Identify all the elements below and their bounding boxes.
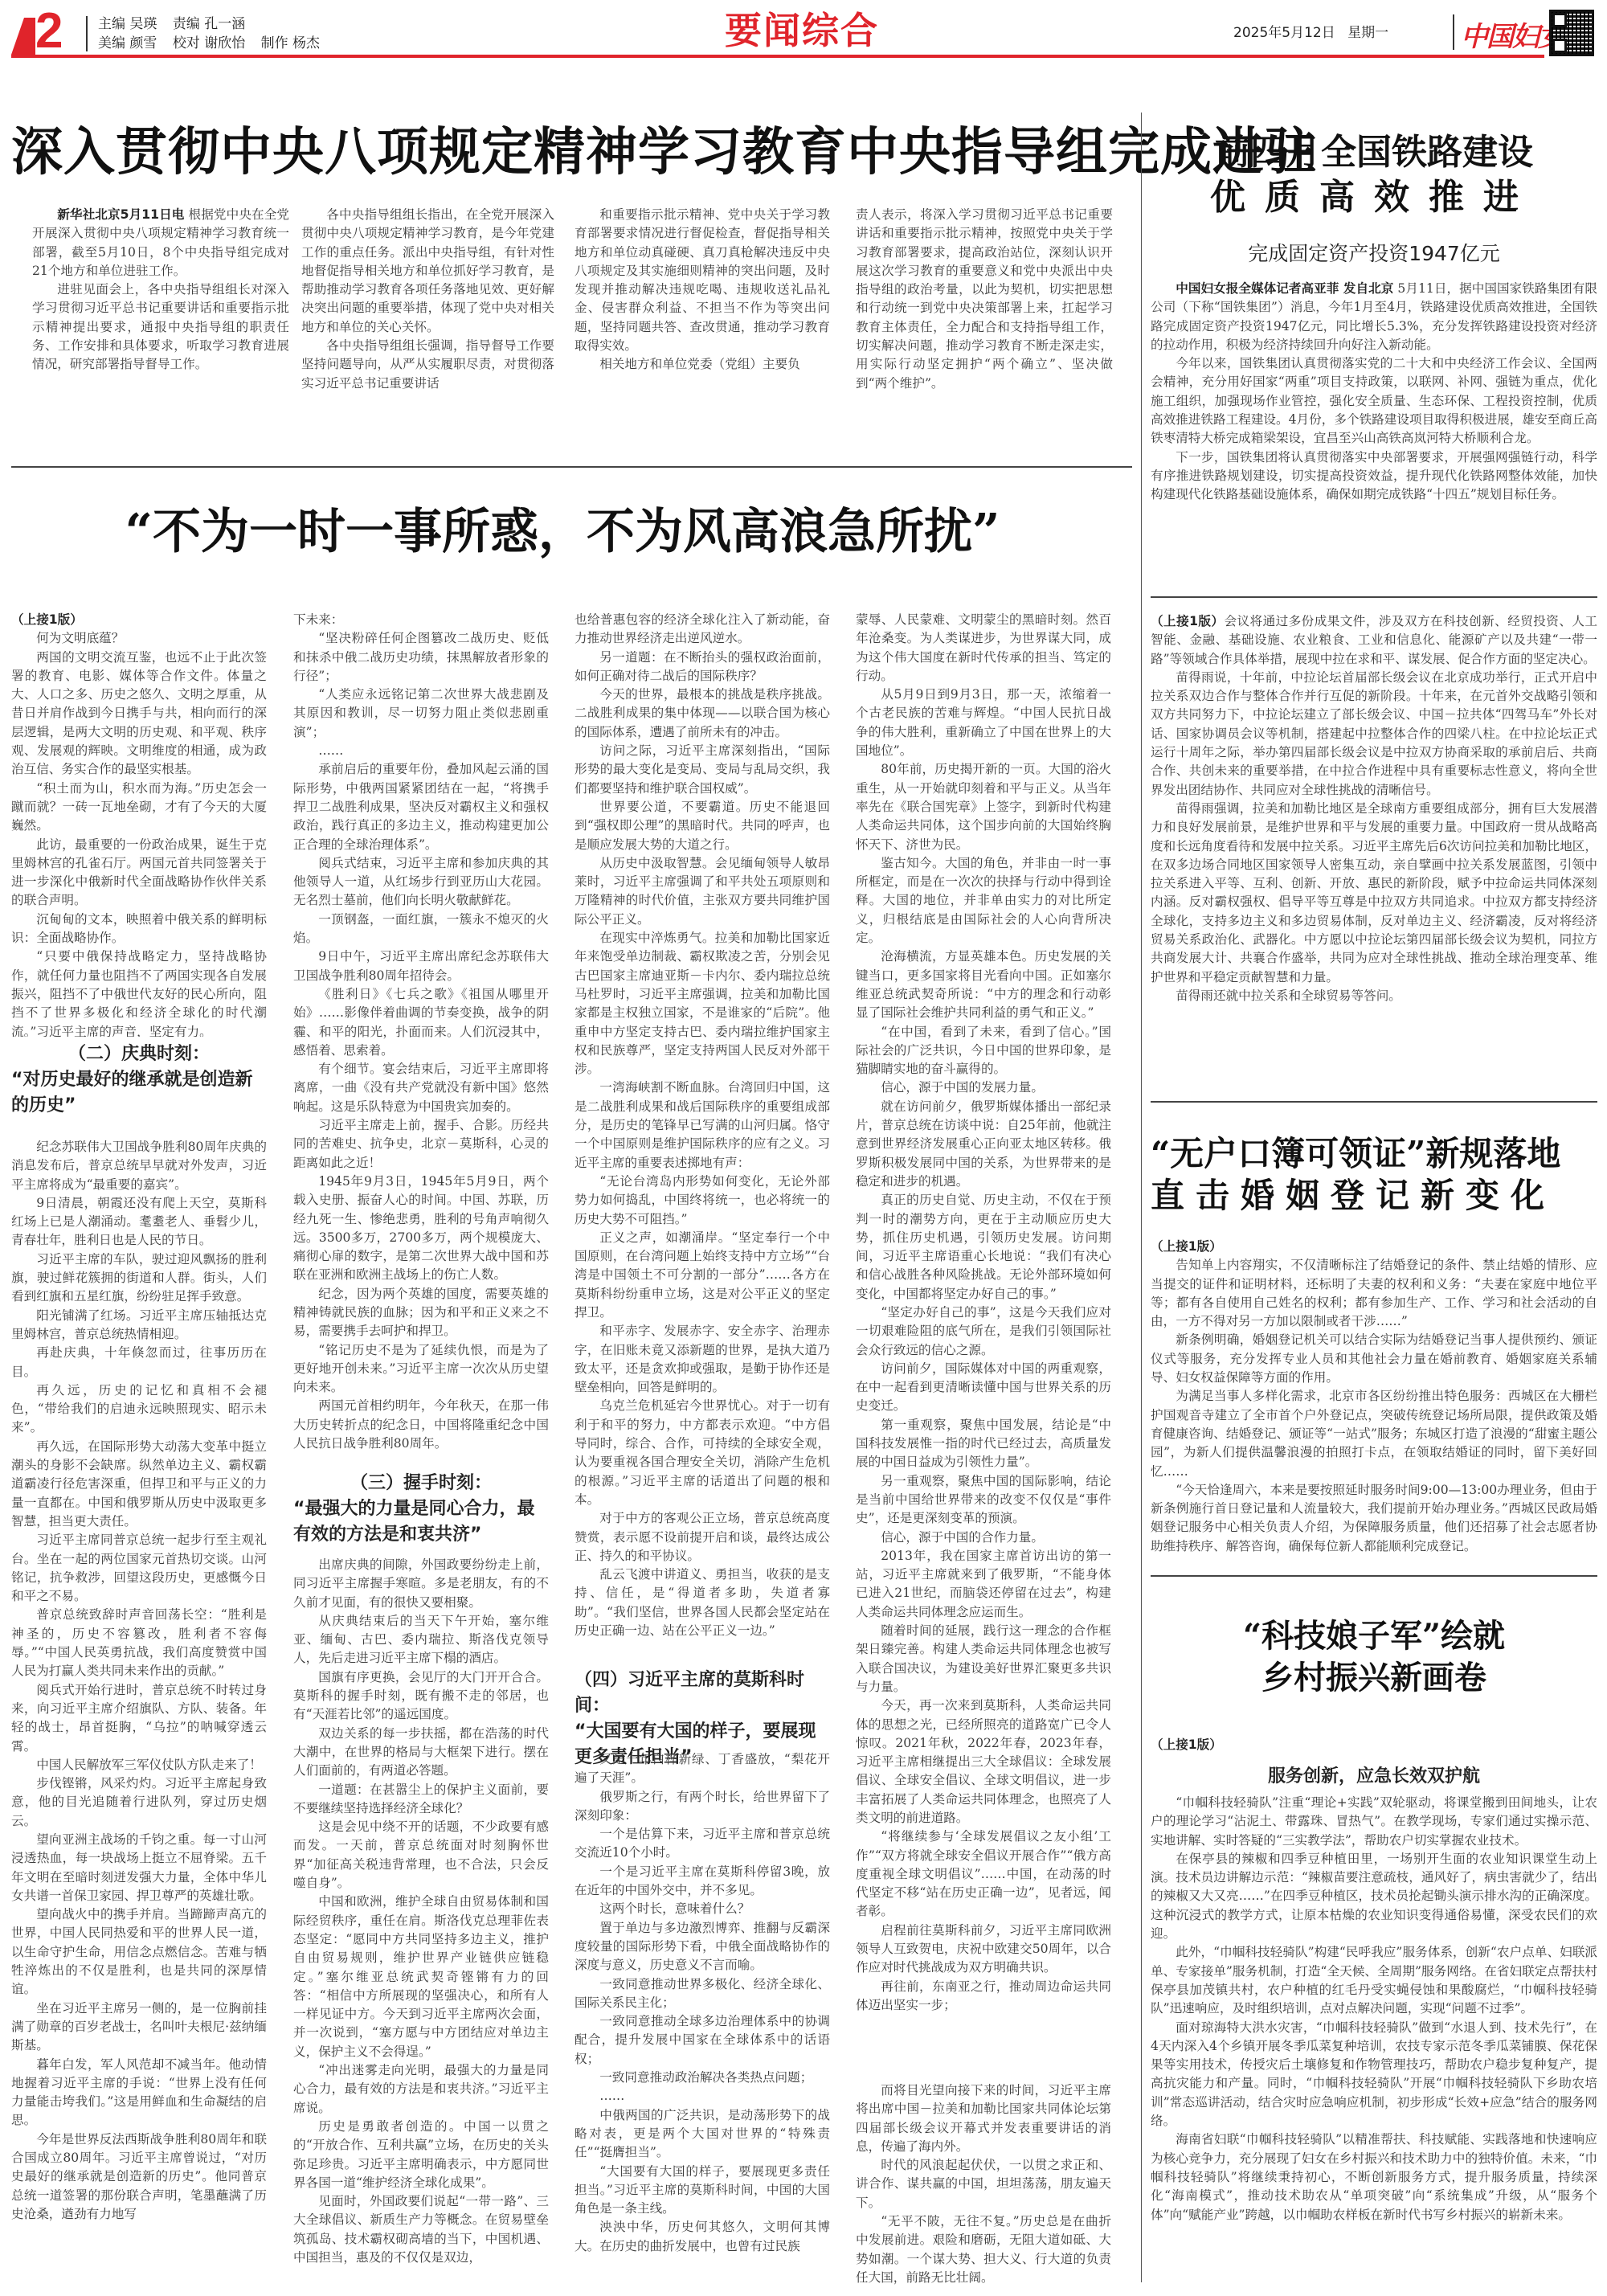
paragraph: 正义之声，如潮涌岸。“坚定奉行一个中国原则，在台湾问题上始终支持中方立场”“台湾…	[575, 1229, 830, 1322]
article3-subhead-3: （三）握手时刻： “最强大的力量是同心合力，最有效的方法是和衷共济”	[293, 1471, 549, 1548]
article1-column-2: 各中央指导组组长指出，在全党开展深入贯彻中央八项规定精神学习教育，是今年党建工作…	[301, 206, 554, 415]
page-number-badge: 2	[11, 10, 76, 55]
weekday-text: 星期一	[1347, 25, 1388, 41]
article5-body: （上接1版） 告知单上内容翔实，不仅清晰标注了结婚登记的条件、禁止结婚的情形、应…	[1151, 1238, 1597, 1567]
article3-column-2: 下未来： “坚决粉碎任何企图篡改二战历史、贬低和抹杀中俄二战历史功绩，抹黑解放者…	[293, 611, 549, 1463]
paragraph: 就在访问前夕，俄罗斯媒体播出一部纪录片，普京总统在访谈中说：自25年前，他就注意…	[856, 1098, 1111, 1191]
paragraph: 泱泱中华，历史何其悠久，文明何其博大。在历史的曲折发展中，也曾有过民族	[575, 2218, 830, 2256]
paragraph: 此访，最重要的一份政治成果，诞生于克里姆林宫的孔雀石厅。两国元首共同签署关于进一…	[11, 836, 267, 911]
column-divider	[1141, 113, 1142, 2282]
article3-headline: “不为一时一事所惑，不为风高浪急所扰”	[64, 500, 1061, 564]
article1-headline: 深入贯彻中央八项规定精神学习教育中央指导组完成进驻	[11, 121, 1128, 185]
paragraph: 这是会见中绕不开的话题，不少政要有感而发。一天前，普京总统面对时刻胸怀世界“加征…	[293, 1818, 549, 1893]
paragraph: ……	[575, 2087, 830, 2106]
paragraph: 9日清晨，朝霞还没有爬上天空，莫斯科红场上已是人潮涌动。耄耋老人、垂髫少儿，青春…	[11, 1194, 267, 1250]
paragraph: 访问前夕，国际媒体对中国的两重观察，在中一起看到更清晰读懂中国与世界关系的历史变…	[856, 1360, 1111, 1416]
paragraph: 双边关系的每一步扶摇，都在浩荡的时代大潮中，在世界的格局与大框架下进行。摆在人们…	[293, 1725, 549, 1781]
paragraph: 一个是估算下来，习近平主席和普京总统交流近10个小时。	[575, 1825, 830, 1863]
staff-credits: 主编 吴瑛 责编 孔一涵 美编 颜雪 校对 谢欣怡 制作 杨杰	[98, 14, 331, 53]
qr-code-icon	[1549, 10, 1594, 56]
article1-column-3: 和重要指示批示精神、党中央关于学习教育部署要求情况进行督促检查，督促指导相关地方…	[575, 206, 830, 415]
paragraph: 海南省妇联“巾帼科技轻骑队”以精准帮扶、科技赋能、实践落地和快速响应为核心竞争力…	[1151, 2130, 1597, 2224]
paragraph: 信心，源于中国的合作力量。	[856, 1529, 1111, 1547]
article3-subhead-2: （二）庆典时刻： “对历史最好的继承就是创造新的历史”	[11, 1042, 267, 1119]
article1-column-4: 责人表示，将深入学习贯彻习近平总书记重要讲话和重要指示批示精神，按照党中央关于学…	[856, 206, 1113, 415]
article2-headline: 前四月全国铁路建设 优质高效推进	[1165, 130, 1583, 220]
paragraph: 习近平主席同普京总统一起步行至主观礼台。坐在一起的两位国家元首热切交谈。山河铭记…	[11, 1531, 267, 1606]
paragraph: 鉴古知今。大国的角色，并非由一时一事所框定，而是在一次次的抉择与行动中得到诠释。…	[856, 854, 1111, 947]
paragraph: 相关地方和单位党委（党组）主要负	[575, 355, 830, 374]
divider	[1453, 14, 1454, 50]
article3-column-5: 而将目光望向接下来的时间，习近平主席将出席中国－拉美和加勒比国家共同体论坛第四届…	[856, 2081, 1111, 2290]
staff-credit: 责编 孔一涵	[173, 16, 245, 32]
paragraph: 望向战火中的携手并肩。当蹄蹄声高亢的世界，中国人民同热爱和平的世界人民一道，以生…	[11, 1905, 267, 1999]
paragraph: 俄罗斯之行，有两个时长，给世界留下了深刻印象：	[575, 1788, 830, 1826]
paragraph: 步伐铿锵，风采灼灼。习近平主席起身致意，他的目光追随着行进队列，穿过历史烟云。	[11, 1774, 267, 1831]
paragraph: 蒙辱、人民蒙难、文明蒙尘的黑暗时刻。然百年沧桑变。为人类谋进步，为世界谋大同，成…	[856, 611, 1111, 686]
paragraph: 阅兵式开始行进时，普京总统不时转过身来，向习近平主席介绍旗队、方队、装备。年轻的…	[11, 1681, 267, 1756]
paragraph: 又是一年白桦新绿、丁香盛放，“梨花开遍了天涯”。	[575, 1750, 830, 1788]
page-number: 2	[35, 6, 63, 56]
paragraph: 沧海横流，方显英雄本色。历史发展的关键当口，更多国家将目光看向中国。正如塞尔维亚…	[856, 947, 1111, 1022]
article3-column-2b: 出席庆典的间隙，外国政要纷纷走上前，同习近平主席握手寒暄。多是老朋友，有的不久前…	[293, 1556, 549, 2287]
paragraph: 这两个时长，意味着什么？	[575, 1900, 830, 1918]
paragraph: 一湾海峡割不断血脉。台湾回归中国，这是二战胜利成果和战后国际秩序的重要组成部分，…	[575, 1078, 830, 1172]
paragraph: 9日中午，习近平主席出席纪念苏联伟大卫国战争胜利80周年招待会。	[293, 947, 549, 985]
paragraph: 一顶钢盔，一面红旗，一簇永不熄灭的火焰。	[293, 911, 549, 948]
paragraph: 阳光铺满了红场。习近平主席压轴抵达克里姆林宫，普京总统热情相迎。	[11, 1307, 267, 1344]
section-rule	[11, 466, 1132, 468]
issue-date: 2025年5月12日 星期一	[1233, 21, 1396, 41]
continued-label: （上接1版）	[1151, 1238, 1597, 1256]
paragraph: 真正的历史自觉、历史主动，不仅在于预判一时的潮势方向，更在于主动顺应历史大势，抓…	[856, 1191, 1111, 1304]
paragraph: 暮年白发，军人风范却不减当年。他动情地握着习近平主席的手说：“世界上没有任何力量…	[11, 2056, 267, 2130]
paragraph: “大国要有大国的样子，要展现更多责任担当。”习近平主席的莫斯科时间，中国的大国角…	[575, 2163, 830, 2219]
paragraph: 从历史中汲取智慧。会见缅甸领导人敏昂莱时，习近平主席强调了和平共处五项原则和万隆…	[575, 854, 830, 929]
paragraph: 再久远，在国际形势大动荡大变革中挺立潮头的身影不会缺席。纵然单边主义、霸权霸道霸…	[11, 1438, 267, 1531]
paragraph: 苗得雨还就中拉关系和全球贸易等答问。	[1151, 987, 1597, 1005]
paragraph: 各中央指导组组长指出，在全党开展深入贯彻中央八项规定精神学习教育，是今年党建工作…	[301, 206, 554, 337]
section-rule	[1151, 1101, 1597, 1103]
paragraph: 新条例明确，婚姻登记机关可以结合实际为结婚登记当事人提供预约、颁证仪式等服务，充…	[1151, 1331, 1597, 1387]
staff-credit: 主编 吴瑛	[98, 16, 157, 32]
paragraph: 今年是世界反法西斯战争胜利80周年和联合国成立80周年。习近平主席曾说过，“对历…	[11, 2130, 267, 2224]
paragraph: 责人表示，将深入学习贯彻习近平总书记重要讲话和重要指示批示精神，按照党中央关于学…	[856, 206, 1113, 393]
paragraph: 在保亭县的辣椒和四季豆种植田里，一场别开生面的农业知识课堂生动上演。技术员边讲解…	[1151, 1850, 1597, 1943]
paragraph: 中国妇女报全媒体记者高亚菲 发自北京 5月11日，据中国国家铁路集团有限公司（下…	[1151, 280, 1597, 354]
paragraph: 时代的风浪起起伏伏，一以贯之求正和、讲合作、谋共赢的中国，坦坦荡荡，朋友遍天下。	[856, 2156, 1111, 2212]
paragraph: 进驻见面会上，各中央指导组组长对深入学习贯彻习近平总书记重要讲话和重要指示批示精…	[32, 280, 289, 374]
paragraph: 2013年，我在国家主席首访出访的第一站，习近平主席就来到了俄罗斯，“不能身体已…	[856, 1547, 1111, 1622]
paragraph: 一个是习近平主席在莫斯科停留3晚，放在近年的中国外交中，并不多见。	[575, 1863, 830, 1901]
article2-body: 中国妇女报全媒体记者高亚菲 发自北京 5月11日，据中国国家铁路集团有限公司（下…	[1151, 280, 1597, 569]
paragraph: 纪念，因为两个英雄的国度，需要英雄的精神铸就民族的血脉；因为和平和正义来之不易，…	[293, 1285, 549, 1341]
paragraph: 今年以来，国铁集团认真贯彻落实党的二十大和中央经济工作会议、全国两会精神，充分用…	[1151, 354, 1597, 448]
article1-column-1: 新华社北京5月11日电 根据党中央在全党开展深入贯彻中央八项规定精神学习教育统一…	[32, 206, 289, 415]
paragraph: 习近平主席走上前，握手、合影。历经共同的苦难史、抗争史，北京－莫斯科，心灵的距离…	[293, 1116, 549, 1173]
paragraph: “无平不陂，无往不复。”历史总是在曲折中发展前进。艰险和磨砺，无阻大道如砥、大势…	[856, 2212, 1111, 2287]
paragraph: 下未来：	[293, 611, 549, 629]
paragraph: 一致同意推动全球多边治理体系中的协调配合，提升发展中国家在全球体系中的话语权；	[575, 2012, 830, 2069]
paragraph: 有个细节。宴会结束后，习近平主席即将离席，一曲《没有共产党就没有新中国》悠然响起…	[293, 1060, 549, 1116]
paragraph: “今天恰逢周六，本来是要按照延时服务时间9:00—13:00办理业务，但由于新条…	[1151, 1481, 1597, 1556]
paragraph: 承前启后的重要年份，叠加风起云涌的国际形势，中俄两国紧紧团结在一起，“将携手捍卫…	[293, 760, 549, 853]
paragraph: 阅兵式结束，习近平主席和参加庆典的其他领导人一道，从红场步行到亚历山大花园。无名…	[293, 854, 549, 911]
paragraph: 普京总统致辞时声音回荡长空：“胜利是神圣的，历史不容篡改，胜利者不容侮辱。”“中…	[11, 1606, 267, 1680]
paragraph: 新华社北京5月11日电 根据党中央在全党开展深入贯彻中央八项规定精神学习教育统一…	[32, 206, 289, 280]
paragraph: 信心，源于中国的发展力量。	[856, 1078, 1111, 1097]
article2-subtitle: 完成固定资产投资1947亿元	[1165, 238, 1583, 267]
paragraph: 也给普惠包容的经济全球化注入了新动能，奋力推动世界经济走出逆风逆水。	[575, 611, 830, 649]
paragraph: 再久远，历史的记忆和真相不会褪色，“带给我们的启迪永远映照现实、昭示未来”。	[11, 1381, 267, 1438]
paragraph: “坚定办好自己的事”，这是今天我们应对一切艰难险阻的底气所在，是我们引领国际社会…	[856, 1304, 1111, 1360]
article5-headline: “无户口簿可领证”新规落地 直击婚姻登记新变化	[1151, 1133, 1597, 1217]
paragraph: 下一步，国铁集团将认真贯彻落实中央部署要求，开展强网强链行动，科学有序推进铁路规…	[1151, 448, 1597, 505]
paragraph: 出席庆典的间隙，外国政要纷纷走上前，同习近平主席握手寒暄。多是老朋友，有的不久前…	[293, 1556, 549, 1612]
paragraph: 另一重观察，聚焦中国的国际影响，结论是当前中国给世界带来的改变不仅仅是“事件史”…	[856, 1472, 1111, 1529]
paragraph: 各中央指导组组长强调，指导督导工作要坚持问题导向，从严从实履职尽责，对贯彻落实习…	[301, 337, 554, 393]
paragraph: 再赴庆典，十年倏忽而过，往事历历在目。	[11, 1344, 267, 1381]
paragraph: 在现实中淬炼勇气。拉美和加勒比国家近年来饱受单边制裁、霸权欺凌之苦，分别会见古巴…	[575, 929, 830, 1078]
paragraph: 《胜利日》《七兵之歌》《祖国从哪里开始》……影像伴着曲调的节奏变换，战争的阴霾、…	[293, 985, 549, 1060]
article6-headline: “科技娘子军”绘就 乡村振兴新画卷	[1151, 1615, 1597, 1699]
paragraph: 从5月9日到9月3日，那一天，浓缩着一个古老民族的苦难与辉煌。“中国人民抗日战争…	[856, 686, 1111, 760]
page-masthead: 2 主编 吴瑛 责编 孔一涵 美编 颜雪 校对 谢欣怡 制作 杨杰 要闻综合 2…	[0, 0, 1607, 58]
paragraph: “坚决粉碎任何企图篡改二战历史、贬低和抹杀中俄二战历史功绩，抹黑解放者形象的行径…	[293, 629, 549, 686]
paragraph: 历史是勇敢者创造的。中国一以贯之的“开放合作、互利共赢”立场，在历史的关头弥足珍…	[293, 2118, 549, 2192]
paragraph: 中俄两国的广泛共识，是动荡形势下的战略对表，更是两个大国对世界的“特殊责任”“挺…	[575, 2106, 830, 2163]
paragraph: ……	[293, 742, 549, 760]
paragraph: 国旗有序更换，会见厅的大门开开合合。莫斯科的握手时刻，既有搬不走的邻居，也有“天…	[293, 1668, 549, 1725]
paragraph: 80年前，历史揭开新的一页。大国的浴火重生，从一开始就印刻着和平与正义。从当年率…	[856, 760, 1111, 853]
paragraph: 面对琼海特大洪水灾害，“巾帼科技轻骑队”做到“水退人到、技术先行”，在4天内深入…	[1151, 2019, 1597, 2131]
paragraph: 坐在习近平主席另一侧的，是一位胸前挂满了勋章的百岁老战士，名叫叶夫根尼·兹纳缅斯…	[11, 1999, 267, 2056]
paragraph: 乌克兰危机延宕今世界忧心。对于一切有利于和平的努力，中方都表示欢迎。“中方倡导同…	[575, 1397, 830, 1509]
paragraph: 一致同意推动世界多极化、经济全球化、国际关系民主化；	[575, 1975, 830, 2013]
article6-subhead: 服务创新，应急长效双护航	[1151, 1762, 1597, 1787]
paragraph: 一道题：在甚嚣尘上的保护主义面前，要不要继续坚持选择经济全球化？	[293, 1781, 549, 1819]
section-title: 要闻综合	[725, 8, 879, 53]
paragraph: 中国人民解放军三军仪仗队方队走来了！	[11, 1756, 267, 1774]
paragraph: “只要中俄保持战略定力，坚持战略协作，就任何力量也阻挡不了两国实现各自发展振兴，…	[11, 947, 267, 1037]
paragraph: 何为文明底蕴？	[11, 629, 267, 648]
paragraph: 两国的文明交流互鉴，也远不止于此次签署的教育、电影、媒体等合作文件。体量之大、人…	[11, 649, 267, 780]
paragraph: 望向亚洲主战场的千钧之重。每一寸山河浸透热血，每一块战场上挺立不屈脊梁。五千年文…	[11, 1831, 267, 1905]
staff-credit: 美编 颜雪	[98, 35, 157, 51]
paragraph: 今天，再一次来到莫斯科，人类命运共同体的思想之光，已经所照亮的道路宽广已令人惊叹…	[856, 1696, 1111, 1827]
paragraph: 第一重观察，聚焦中国发展，结论是“中国科技发展惟一指的时代已经过去，高质量发展的…	[856, 1416, 1111, 1472]
paragraph: “将继续参与‘全球发展倡议之友小组’工作”“双方将就全球安全倡议开展合作”“俄方…	[856, 1827, 1111, 1921]
paragraph: 告知单上内容翔实，不仅清晰标注了结婚登记的条件、禁止结婚的情形、应当提交的证件和…	[1151, 1256, 1597, 1331]
section-rule	[1151, 1575, 1597, 1577]
continued-label: （上接1版）	[11, 611, 267, 629]
section-rule	[1151, 596, 1597, 598]
paragraph: 见面时，外国政要们说起“一带一路”、三大全球倡议、新质生产力等概念。在贸易壁垒筑…	[293, 2192, 549, 2267]
masthead-rule	[11, 55, 1544, 58]
paragraph: 再往前，东南亚之行，推动周边命运共同体迈出坚实一步；	[856, 1978, 1111, 2016]
paragraph: 另一道题：在不断抬头的强权政治面前，如何正确对待二战后的国际秩序？	[575, 649, 830, 686]
paragraph: 对于中方的客观公正立场，普京总统高度赞赏，表示愿不设前提开启和谈，最终达成公正、…	[575, 1509, 830, 1565]
paragraph: 和平赤字、发展赤字、安全赤字、治理赤字，在旧账未竟又添新题的世界，是执大道乃致太…	[575, 1322, 830, 1397]
paragraph: 启程前往莫斯科前夕，习近平主席同欧洲领导人互致贺电，庆祝中欧建交50周年，以合作…	[856, 1922, 1111, 1978]
paragraph: 乱云飞渡中讲道义、勇担当，收获的是支持、信任，是“得道者多助，失道者寡助”。“我…	[575, 1565, 830, 1640]
article3-column-1b: 纪念苏联伟大卫国战争胜利80周年庆典的消息发布后，普京总统早早就对外发声，习近平…	[11, 1138, 267, 2287]
paragraph: 习近平主席的车队，驶过迎风飘扬的胜利旗，驶过鲜花簇拥的街道和人群。街头，人们看到…	[11, 1250, 267, 1307]
paragraph: “无论台湾岛内形势如何变化，无论外部势力如何捣乱，中国终将统一，也必将统一的历史…	[575, 1173, 830, 1229]
paragraph: 和重要指示批示精神、党中央关于学习教育部署要求情况进行督促检查，督促指导相关地方…	[575, 206, 830, 355]
paragraph: 而将目光望向接下来的时间，习近平主席将出席中国－拉美和加勒比国家共同体论坛第四届…	[856, 2081, 1111, 2156]
paragraph: 1945年9月3日，1945年5月9日，两个载入史册、振奋人心的时间。中国、苏联…	[293, 1173, 549, 1285]
article6-body: “巾帼科技轻骑队”注重“理论+实践”双轮驱动，将课堂搬到田间地头，让农户的理论学…	[1151, 1794, 1597, 2292]
article3-column-1: （上接1版） 何为文明底蕴？ 两国的文明交流互鉴，也远不止于此次签署的教育、电影…	[11, 611, 267, 1037]
staff-credit: 制作 杨杰	[261, 35, 320, 51]
paragraph: 苗得雨说，十年前，中拉论坛首届部长级会议在北京成功举行，正式开启中拉关系双边合作…	[1151, 669, 1597, 800]
paragraph: 苗得雨强调，拉美和加勒比地区是全球南方重要组成部分，拥有巨大发展潜力和良好发展前…	[1151, 800, 1597, 987]
paragraph: 沉甸甸的文本，映照着中俄关系的鲜明标识：全面战略协作。	[11, 911, 267, 948]
article6-continued: （上接1版）	[1151, 1736, 1597, 1760]
paragraph: 世界要公道，不要霸道。历史不能退回到“强权即公理”的黑暗时代。共同的呼声，也是顺…	[575, 798, 830, 854]
article3-column-3: 也给普惠包容的经济全球化注入了新动能，奋力推动世界经济走出逆风逆水。 另一道题：…	[575, 611, 830, 1712]
paragraph: 今天的世界，最根本的挑战是秩序挑战。二战胜利成果的集中体现——以联合国为核心的国…	[575, 686, 830, 742]
date-text: 2025年5月12日	[1233, 25, 1335, 41]
paragraph: 中国和欧洲，维护全球自由贸易体制和国际经贸秩序，重任在肩。斯洛伐克总理菲佐表态坚…	[293, 1893, 549, 2061]
divider	[86, 16, 88, 51]
paragraph: 为满足当事人多样化需求，北京市各区纷纷推出特色服务：西城区在大栅栏护国观音寺建立…	[1151, 1387, 1597, 1480]
paragraph: （上接1版）会议将通过多份成果文件，涉及双方在科技创新、经贸投资、人工智能、金融…	[1151, 612, 1597, 669]
paragraph: 两国元首相约明年，今年秋天，在那一伟大历史转折点的纪念日，中国将隆重纪念中国人民…	[293, 1397, 549, 1453]
article3-column-4: 蒙辱、人民蒙难、文明蒙尘的黑暗时刻。然百年沧桑变。为人类谋进步，为世界谋大同，成…	[856, 611, 1111, 2081]
paragraph: “冲出迷雾走向光明，最强大的力量是同心合力，最有效的方法是和衷共济。”习近平主席…	[293, 2061, 549, 2118]
paragraph: “巾帼科技轻骑队”注重“理论+实践”双轮驱动，将课堂搬到田间地头，让农户的理论学…	[1151, 1794, 1597, 1850]
paragraph: 访问之际，习近平主席深刻指出，“国际形势的最大变化是变局、变局与乱局交织，我们都…	[575, 742, 830, 798]
paragraph: “人类应永远铭记第二次世界大战悲剧及其原因和教训，尽一切努力阻止类似悲剧重演”；	[293, 686, 549, 742]
paragraph: 一致同意推动政治解决各类热点问题；	[575, 2069, 830, 2087]
article4-body: （上接1版）会议将通过多份成果文件，涉及双方在科技创新、经贸投资、人工智能、金融…	[1151, 612, 1597, 1095]
paragraph: “铭记历史不是为了延续仇恨，而是为了更好地开创未来。”习近平主席一次次从历史望向…	[293, 1341, 549, 1398]
article3-column-3b: 又是一年白桦新绿、丁香盛放，“梨花开遍了天涯”。 俄罗斯之行，有两个时长，给世界…	[575, 1750, 830, 2289]
paragraph: “积土而为山，积水而为海。”历史怎会一蹴而就？一砖一瓦地垒砌，才有了今天的大厦巍…	[11, 780, 267, 836]
paragraph: 纪念苏联伟大卫国战争胜利80周年庆典的消息发布后，普京总统早早就对外发声，习近平…	[11, 1138, 267, 1194]
paragraph: 此外，“巾帼科技轻骑队”构建“民呼我应”服务体系，创新“农户点单、妇联派单、专家…	[1151, 1943, 1597, 2018]
paragraph: 置于单边与多边激烈博弈、推翻与反霸深度较量的国际形势下看，中俄全面战略协作的深度…	[575, 1919, 830, 1975]
paragraph: 随着时间的延展，践行这一理念的合作框架日臻完善。构建人类命运共同体理念也被写入联…	[856, 1622, 1111, 1696]
paragraph: “在中国，看到了未来，看到了信心。”国际社会的广泛共识，今日中国的世界印象，是猫…	[856, 1023, 1111, 1079]
staff-credit: 校对 谢欣怡	[173, 35, 245, 51]
paragraph: 从庆典结束后的当天下午开始，塞尔维亚、缅甸、古巴、委内瑞拉、斯洛伐克领导人，先后…	[293, 1612, 549, 1668]
